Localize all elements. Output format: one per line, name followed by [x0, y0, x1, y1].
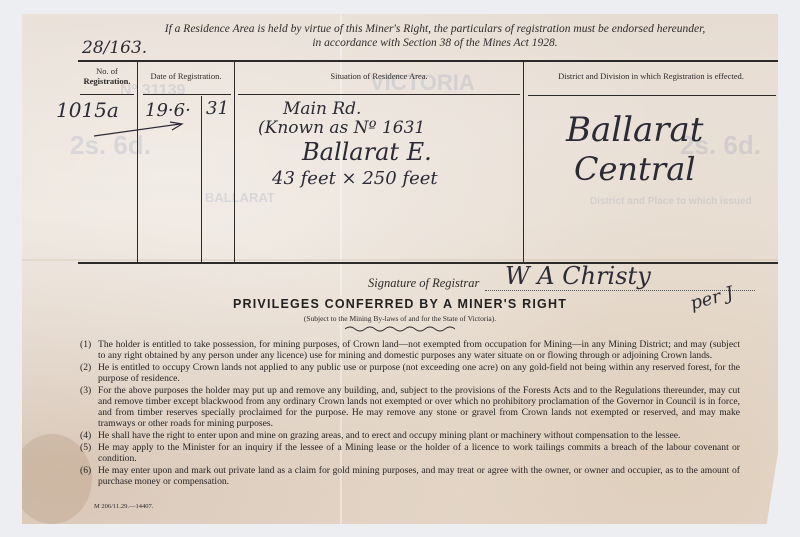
privileges-title: PRIVILEGES CONFERRED BY A MINER'S RIGHT [0, 297, 800, 311]
bleed-through-place: District and Place to which issued [590, 196, 752, 207]
column-header-district: District and Division in which Registrat… [524, 71, 778, 81]
registration-date-year: 31 [206, 98, 229, 119]
arrow-icon [92, 120, 187, 140]
table-bottom-rule [78, 262, 778, 264]
clause-1: (1) The holder is entitled to take posse… [80, 339, 740, 361]
header-note: If a Residence Area is held by virtue of… [95, 22, 775, 50]
column-divider [137, 62, 138, 262]
privileges-clauses: (1) The holder is entitled to take posse… [80, 339, 740, 488]
column-divider [234, 62, 235, 262]
column-header-date: Date of Registration. [138, 71, 234, 81]
column-divider [523, 62, 524, 262]
situation-line-2: (Known as Nº 1631 [258, 118, 425, 138]
signature-label: Signature of Registrar [368, 276, 479, 291]
situation-line-3: Ballarat E. [302, 138, 432, 166]
header-underline [238, 94, 520, 95]
file-number: 28/163. [82, 38, 147, 58]
clause-4: (4) He shall have the right to enter upo… [80, 430, 740, 441]
fold-crease [22, 259, 778, 261]
registration-number: 1015a [56, 98, 119, 122]
district-line-1: Ballarat [566, 110, 703, 150]
clause-6: (6) He may enter upon and mark out priva… [80, 465, 740, 487]
header-underline [528, 95, 776, 96]
column-divider [201, 96, 202, 262]
column-header-situation: Situation of Residence Area. [235, 71, 523, 81]
form-code: M 206/11.29.—14407. [94, 503, 153, 510]
clause-3: (3) For the above purposes the holder ma… [80, 385, 740, 429]
clause-2: (2) He is entitled to occupy Crown lands… [80, 362, 740, 384]
decorative-wave-rule [345, 325, 455, 333]
bleed-through-district: BALLARAT [205, 190, 275, 205]
district-line-2: Central [574, 150, 696, 188]
registrar-signature: W A Christy [505, 262, 651, 290]
privileges-subtitle: (Subject to the Mining By-laws of and fo… [0, 314, 800, 323]
header-note-line-1: If a Residence Area is held by virtue of… [95, 22, 775, 36]
column-header-registration-no: No. of Registration. [78, 66, 136, 86]
clause-5: (5) He may apply to the Minister for an … [80, 442, 740, 464]
header-underline [143, 94, 231, 95]
header-note-line-2: in accordance with Section 38 of the Min… [95, 36, 775, 50]
header-underline [80, 94, 134, 95]
situation-line-4: 43 feet × 250 feet [272, 168, 438, 189]
table-top-rule [78, 60, 778, 62]
situation-line-1: Main Rd. [283, 99, 361, 119]
registration-date-day-month: 19·6· [145, 100, 191, 121]
